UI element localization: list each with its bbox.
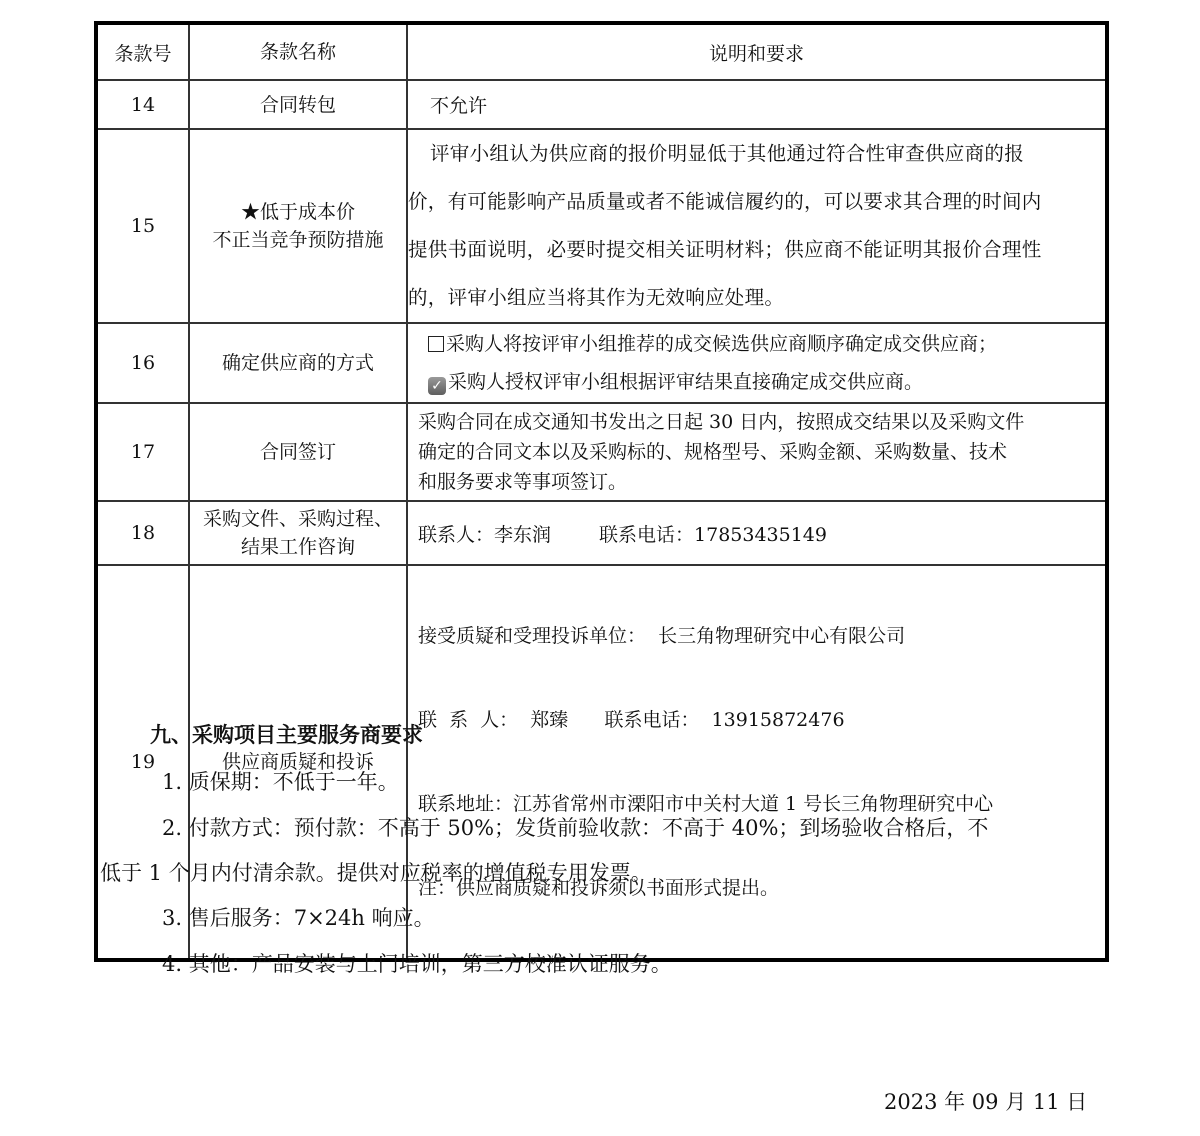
clause-name: ★低于成本价 不正当竞争预防措施 [189, 129, 407, 323]
document-date: 2023 年 09 月 11 日 [884, 1086, 1087, 1116]
clause-description: 采购人将按评审小组推荐的成交候选供应商顺序确定成交供应商； ✓采购人授权评审小组… [407, 323, 1107, 403]
option-checked[interactable]: ✓采购人授权评审小组根据评审结果直接确定成交供应商。 [428, 363, 1101, 401]
clause-name: 采购文件、采购过程、 结果工作咨询 [189, 501, 407, 565]
complaint-contact: 联 系 人： 郑臻 联系电话： 13915872476 [418, 706, 1101, 734]
complaint-unit: 接受质疑和受理投诉单位： 长三角物理研究中心有限公司 [418, 622, 1101, 650]
clause-name: 确定供应商的方式 [189, 323, 407, 403]
requirement-item: 4. 其他：产品安装与上门培训，第三方校准认证服务。 [100, 942, 1110, 987]
clause-number: 14 [96, 80, 189, 129]
header-clause-name: 条款名称 [189, 23, 407, 80]
requirement-item-continued: 低于 1 个月内付清余款。提供对应税率的增值税专用发票。 [100, 851, 1110, 896]
option-unchecked[interactable]: 采购人将按评审小组推荐的成交候选供应商顺序确定成交供应商； [428, 325, 1101, 363]
clause-number: 17 [96, 403, 189, 501]
clause-number: 18 [96, 501, 189, 565]
description-line: 和服务要求等事项签订。 [418, 467, 1101, 497]
clause-name-line: 结果工作咨询 [190, 533, 406, 561]
table-row: 18 采购文件、采购过程、 结果工作咨询 联系人：李东润联系电话：1785343… [96, 501, 1107, 565]
description-line: 提供书面说明，必要时提交相关证明材料；供应商不能证明其报价合理性 [408, 226, 1101, 274]
requirement-item: 1. 质保期：不低于一年。 [100, 760, 1110, 805]
clause-description: 采购合同在成交通知书发出之日起 30 日内，按照成交结果以及采购文件 确定的合同… [407, 403, 1107, 501]
clause-name-line: 不正当竞争预防措施 [190, 226, 406, 254]
requirement-item: 3. 售后服务：7×24h 响应。 [100, 896, 1110, 941]
table-row: 16 确定供应商的方式 采购人将按评审小组推荐的成交候选供应商顺序确定成交供应商… [96, 323, 1107, 403]
contact-person: 联系人：李东润 [418, 524, 551, 546]
table-row: 15 ★低于成本价 不正当竞争预防措施 评审小组认为供应商的报价明显低于其他通过… [96, 129, 1107, 323]
checked-checkbox-icon[interactable]: ✓ [428, 377, 446, 395]
description-line: 评审小组认为供应商的报价明显低于其他通过符合性审查供应商的报 [408, 130, 1101, 178]
clause-description: 联系人：李东润联系电话：17853435149 [407, 501, 1107, 565]
description-line: 确定的合同文本以及采购标的、规格型号、采购金额、采购数量、技术 [418, 437, 1101, 467]
clause-name-line: 采购文件、采购过程、 [190, 505, 406, 533]
clause-name: 合同转包 [189, 80, 407, 129]
clause-number: 15 [96, 129, 189, 323]
clause-description: 评审小组认为供应商的报价明显低于其他通过符合性审查供应商的报 价，有可能影响产品… [407, 129, 1107, 323]
table-header-row: 条款号 条款名称 说明和要求 [96, 23, 1107, 80]
contact-phone: 联系电话：17853435149 [599, 524, 827, 546]
section-title: 九、采购项目主要服务商要求 [150, 719, 423, 749]
empty-checkbox-icon[interactable] [428, 336, 444, 352]
requirement-item: 2. 付款方式：预付款：不高于 50%；发货前验收款：不高于 40%；到场验收合… [100, 806, 1110, 851]
option-label: 采购人授权评审小组根据评审结果直接确定成交供应商。 [448, 371, 923, 393]
clause-name-line: ★低于成本价 [190, 198, 406, 226]
option-label: 采购人将按评审小组推荐的成交候选供应商顺序确定成交供应商； [446, 333, 997, 355]
table-row: 14 合同转包 不允许 [96, 80, 1107, 129]
header-clause-number: 条款号 [96, 23, 189, 80]
table-row: 17 合同签订 采购合同在成交通知书发出之日起 30 日内，按照成交结果以及采购… [96, 403, 1107, 501]
clause-number: 16 [96, 323, 189, 403]
header-description: 说明和要求 [407, 23, 1107, 80]
description-line: 采购合同在成交通知书发出之日起 30 日内，按照成交结果以及采购文件 [418, 407, 1101, 437]
clause-name: 合同签订 [189, 403, 407, 501]
clause-description: 不允许 [407, 80, 1107, 129]
description-line: 的，评审小组应当将其作为无效响应处理。 [408, 274, 1101, 322]
description-line: 价，有可能影响产品质量或者不能诚信履约的，可以要求其合理的时间内 [408, 178, 1101, 226]
